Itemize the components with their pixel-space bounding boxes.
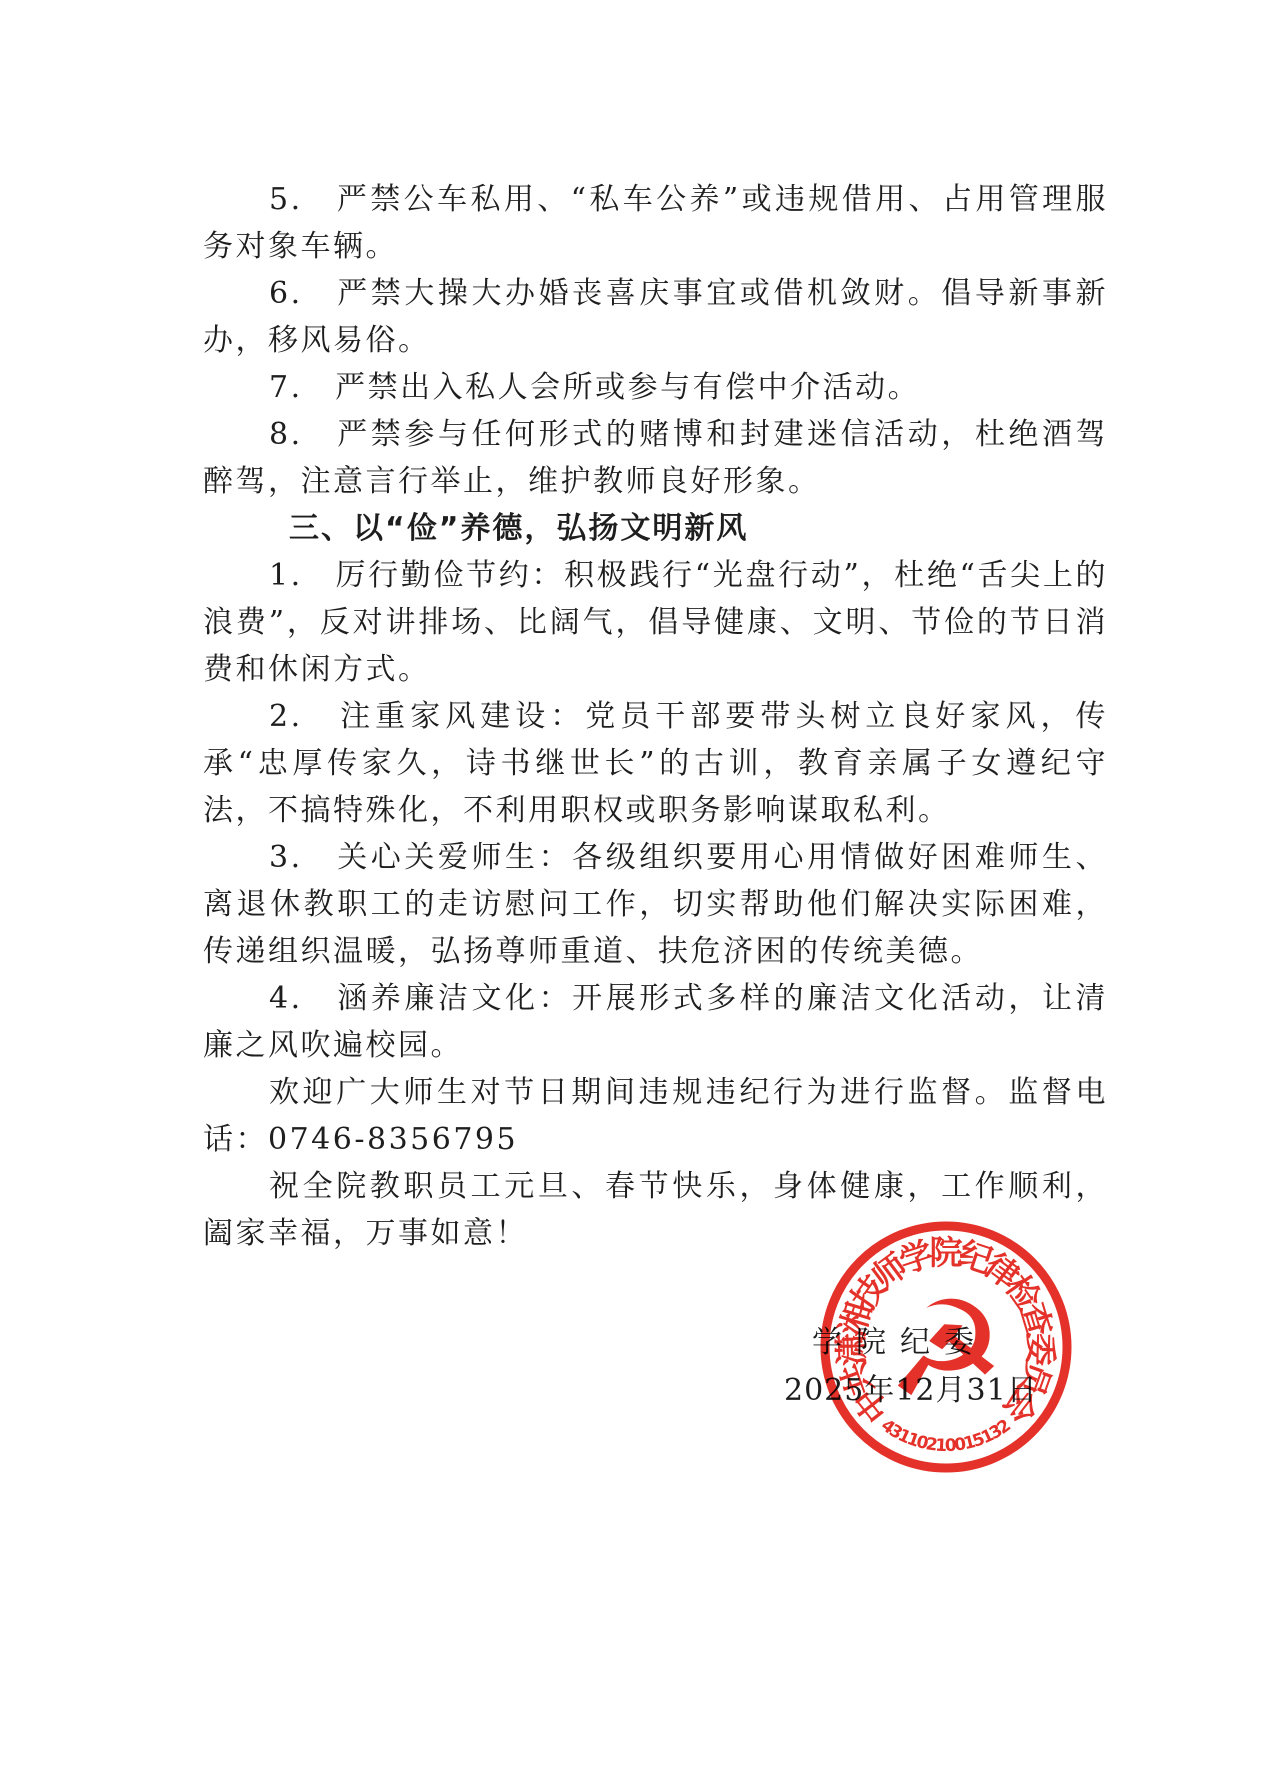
seal-code-digit: 4	[877, 1416, 898, 1439]
paragraph: 6. 严禁大操大办婚丧喜庆事宜或借机敛财。倡导新事新办，移风易俗。	[203, 270, 1108, 364]
paragraph: 1. 厉行勤俭节约：积极践行“光盘行动”，杜绝“舌尖上的浪费”，反对讲排场、比阔…	[203, 552, 1108, 693]
paragraph: 8. 严禁参与任何形式的赌博和封建迷信活动，杜绝酒驾醉驾，注意言行举止，维护教师…	[203, 411, 1108, 505]
seal-code-digit: 1	[895, 1425, 914, 1448]
signature-date: 2025年12月31日	[784, 1365, 1038, 1409]
seal-code-digit: 1	[935, 1436, 948, 1457]
seal-code-digit: 2	[994, 1416, 1015, 1439]
seal-ring-text-char: 查	[1013, 1298, 1060, 1341]
seal-ring-text-char: 技	[843, 1268, 894, 1317]
seal-ring-text-char: 委	[1021, 1332, 1061, 1366]
paragraph: 5. 严禁公车私用、“私车公养”或违规借用、占用管理服务对象车辆。	[203, 176, 1108, 270]
seal-code-digit: 0	[944, 1436, 957, 1457]
seal-ring-text-char: 检	[998, 1268, 1049, 1317]
paragraph: 4. 涵养廉洁文化：开展形式多样的廉洁文化活动，让清廉之风吹遍校园。	[203, 975, 1108, 1069]
seal-code-digit: 1	[904, 1429, 922, 1452]
document-page: 5. 严禁公车私用、“私车公养”或违规借用、占用管理服务对象车辆。6. 严禁大操…	[0, 0, 1279, 1772]
seal-code-digit: 0	[953, 1434, 968, 1456]
signature-name: 学院纪委	[812, 1317, 988, 1361]
paragraph: 祝全院教职员工元旦、春节快乐，身体健康，工作顺利，阖家幸福，万事如意！	[203, 1163, 1108, 1257]
seal-code-digit: 3	[986, 1421, 1006, 1444]
seal-code-digit: 3	[886, 1421, 906, 1444]
seal-code-digit: 2	[924, 1434, 939, 1456]
seal-code-digit: 1	[962, 1432, 978, 1454]
paragraph: 7. 严禁出入私人会所或参与有偿中介活动。	[203, 364, 1108, 411]
seal-code-digit: 5	[970, 1429, 988, 1452]
document-body: 5. 严禁公车私用、“私车公养”或违规借用、占用管理服务对象车辆。6. 严禁大操…	[203, 176, 1108, 1257]
seal-code-digit: 0	[914, 1432, 930, 1454]
seal-code-digit: 1	[978, 1425, 997, 1448]
paragraph: 2. 注重家风建设：党员干部要带头树立良好家风，传承“忠厚传家久，诗书继世长”的…	[203, 693, 1108, 834]
paragraph: 欢迎广大师生对节日期间违规违纪行为进行监督。监督电话：0746-8356795	[203, 1069, 1108, 1163]
paragraph: 3. 关心关爱师生：各级组织要用心用情做好困难师生、离退休教职工的走访慰问工作，…	[203, 834, 1108, 975]
section-heading: 三、以“俭”养德，弘扬文明新风	[203, 505, 1108, 552]
